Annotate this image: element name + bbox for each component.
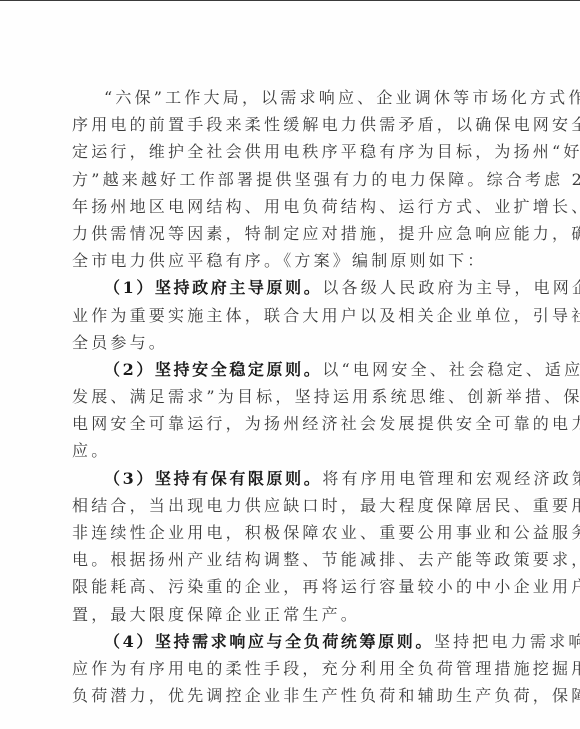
principle-heading: （3）坚持有保有限原则。 xyxy=(104,469,322,488)
text-line: 限能耗高、污染重的企业，再将运行容量较小的中小企业用户后 xyxy=(72,573,512,600)
principle-text: 将有序用电管理和宏观经济政策 xyxy=(322,469,580,488)
principle-4: （4）坚持需求响应与全负荷统筹原则。坚持把电力需求响 应作为有序用电的柔性手段，… xyxy=(72,628,512,710)
text-line: 相结合，当出现电力供应缺口时，最大程度保障居民、重要用户、 xyxy=(72,492,512,519)
principle-first-line: （4）坚持需求响应与全负荷统筹原则。坚持把电力需求响 xyxy=(72,628,512,655)
principle-first-line: （3）坚持有保有限原则。将有序用电管理和宏观经济政策 xyxy=(72,465,512,492)
principle-heading: （1）坚持政府主导原则。 xyxy=(104,278,322,297)
text-line: 置，最大限度保障企业正常生产。 xyxy=(72,601,512,628)
text-line: 业作为重要实施主体，联合大用户以及相关企业单位，引导社会 xyxy=(72,302,512,329)
text-line: 非连续性企业用电，积极保障农业、重要公用事业和公益服务用 xyxy=(72,519,512,546)
text-line: 全市电力供应平稳有序。《方案》编制原则如下： xyxy=(72,247,512,274)
text-line: 年扬州地区电网结构、用电负荷结构、运行方式、业扩增长、电 xyxy=(72,193,512,220)
text-line: 力供需情况等因素，特制定应对措施，提升应急响应能力，确保 xyxy=(72,220,512,247)
text-line: 方”越来越好工作部署提供坚强有力的电力保障。综合考虑 2021 xyxy=(72,166,512,193)
text-line: 电。根据扬州产业结构调整、节能减排、去产能等政策要求，先 xyxy=(72,546,512,573)
principle-2: （2）坚持安全稳定原则。以“电网安全、社会稳定、适应 发展、满足需求”为目标，坚… xyxy=(72,356,512,465)
document-page: “六保”工作大局，以需求响应、企业调休等市场化方式作为有 序用电的前置手段来柔性… xyxy=(72,84,512,709)
text-line: 序用电的前置手段来柔性缓解电力供需矛盾，以确保电网安全稳 xyxy=(72,111,512,138)
principle-1: （1）坚持政府主导原则。以各级人民政府为主导，电网企 业作为重要实施主体，联合大… xyxy=(72,274,512,356)
text-line: 负荷潜力，优先调控企业非生产性负荷和辅助生产负荷，保障企 xyxy=(72,682,512,709)
text-line: 全员参与。 xyxy=(72,329,512,356)
text-line: 发展、满足需求”为目标，坚持运用系统思维、创新举措、保障 xyxy=(72,383,512,410)
text-line: “六保”工作大局，以需求响应、企业调休等市场化方式作为有 xyxy=(72,84,512,111)
principle-heading: （4）坚持需求响应与全负荷统筹原则。 xyxy=(104,632,434,651)
text-line: 电网安全可靠运行，为扬州经济社会发展提供安全可靠的电力供 xyxy=(72,410,512,437)
text-line: 应作为有序用电的柔性手段，充分利用全负荷管理措施挖掘用户 xyxy=(72,655,512,682)
principle-heading: （2）坚持安全稳定原则。 xyxy=(104,360,322,379)
principle-text: 坚持把电力需求响 xyxy=(434,632,580,651)
principle-first-line: （1）坚持政府主导原则。以各级人民政府为主导，电网企 xyxy=(72,274,512,301)
principle-3: （3）坚持有保有限原则。将有序用电管理和宏观经济政策 相结合，当出现电力供应缺口… xyxy=(72,465,512,628)
principle-text: 以各级人民政府为主导，电网企 xyxy=(322,278,580,297)
text-line: 定运行，维护全社会供用电秩序平稳有序为目标，为扬州“好地 xyxy=(72,138,512,165)
principle-first-line: （2）坚持安全稳定原则。以“电网安全、社会稳定、适应 xyxy=(72,356,512,383)
principle-text: 以“电网安全、社会稳定、适应 xyxy=(322,360,580,379)
text-line: 应。 xyxy=(72,437,512,464)
top-border xyxy=(0,0,580,1)
